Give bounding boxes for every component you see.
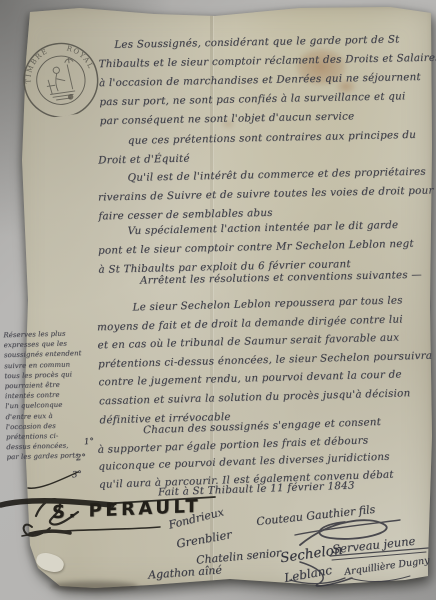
bottom-edge-smudge (50, 581, 138, 591)
photograph-of-manuscript: TIMBRE ROYAL Les Soussignés, considérant… (0, 0, 436, 600)
